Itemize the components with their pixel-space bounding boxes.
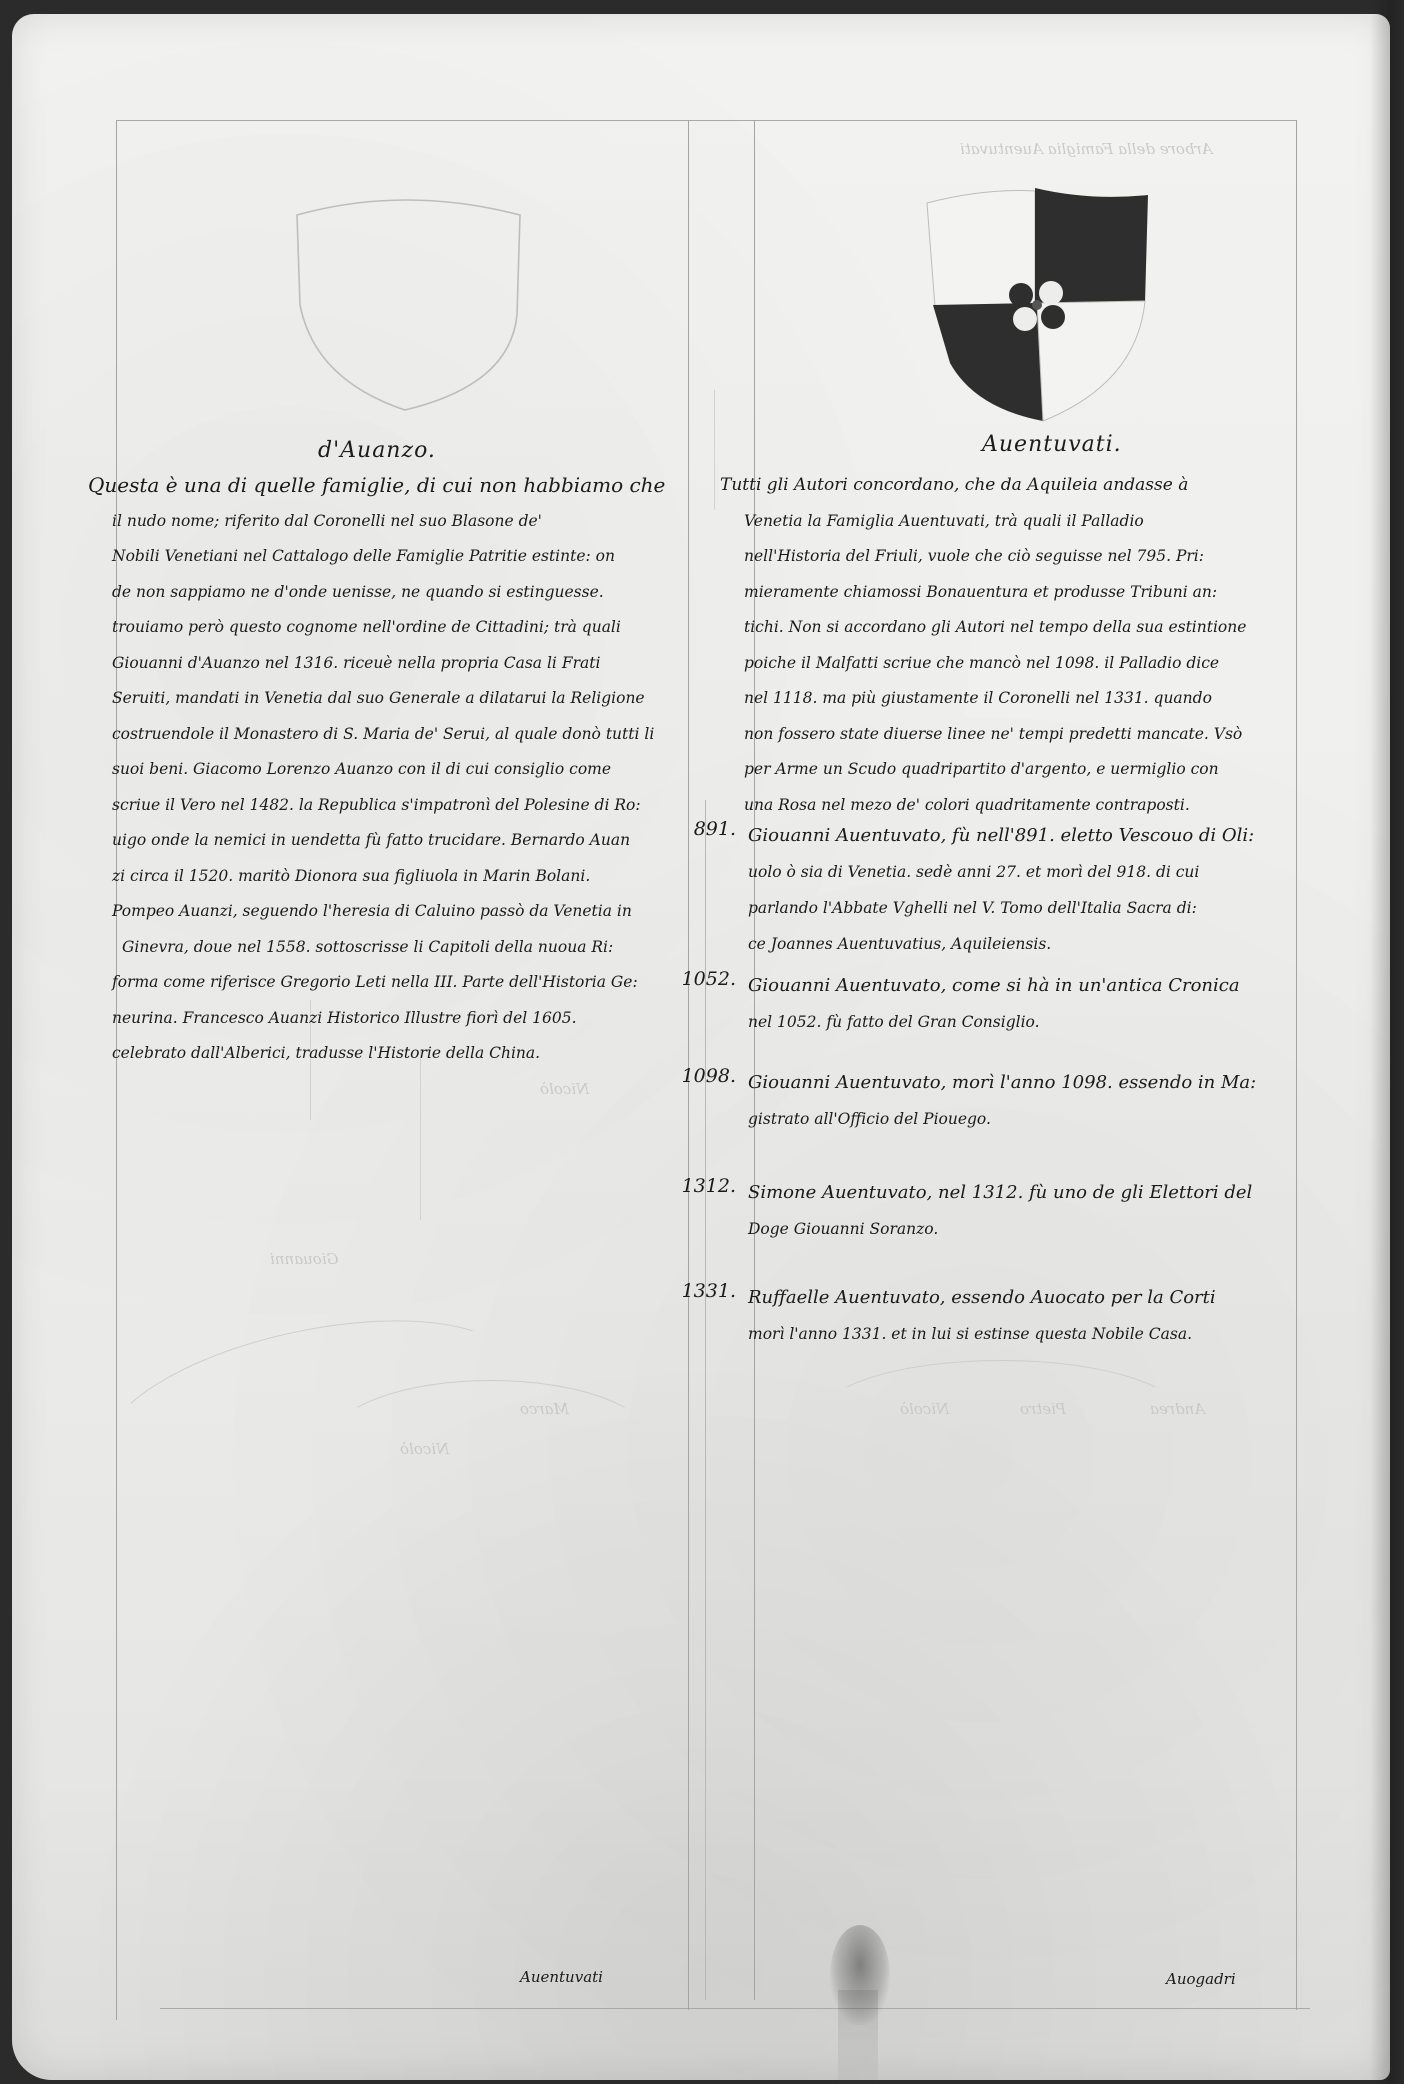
text-line: trouiamo però questo cognome nell'ordine… — [88, 610, 688, 646]
entry-text: Giouanni Auentuvato, come si hà in un'an… — [748, 968, 1240, 1040]
entry-text: Giouanni Auentuvato, morì l'anno 1098. e… — [748, 1065, 1256, 1137]
entry-text: Simone Auentuvato, nel 1312. fù uno de g… — [748, 1175, 1252, 1247]
text-line: neurina. Francesco Auanzi Historico Illu… — [88, 1001, 688, 1037]
text-line: Giouanni Auentuvato, morì l'anno 1098. e… — [748, 1065, 1256, 1101]
text-line: Ginevra, doue nel 1558. sottoscrisse li … — [88, 930, 688, 966]
text-line: Giouanni Auentuvato, come si hà in un'an… — [748, 968, 1240, 1004]
catchword-left: Auentuvati — [520, 1968, 603, 1986]
text-line: Seruiti, mandati in Venetia dal suo Gene… — [88, 681, 688, 717]
bleed-through-label: Nicolò — [540, 1080, 589, 1098]
shield-outline-icon — [285, 175, 535, 415]
text-line: uigo onde la nemici in uendetta fù fatto… — [88, 823, 688, 859]
text-line: ce Joannes Auentuvatius, Aquileiensis. — [748, 926, 1254, 962]
entry-year: 1331. — [676, 1280, 736, 1302]
bleed-through-tree-line — [714, 390, 715, 510]
entry-year: 1312. — [676, 1175, 736, 1197]
text-line: de non sappiamo ne d'onde uenisse, ne qu… — [88, 575, 688, 611]
text-line: morì l'anno 1331. et in lui si estinse q… — [748, 1316, 1216, 1352]
text-line: Pompeo Auanzi, seguendo l'heresia di Cal… — [88, 894, 688, 930]
coat-of-arms-shield-auentuvati — [915, 183, 1155, 427]
text-line: mieramente chiamossi Bonauentura et prod… — [720, 575, 1300, 611]
entry-text: Giouanni Auentuvato, fù nell'891. eletto… — [748, 818, 1254, 962]
frame-right-rule — [1296, 120, 1297, 2010]
text-line: suoi beni. Giacomo Lorenzo Auanzo con il… — [88, 752, 688, 788]
text-line: gistrato all'Officio del Piouego. — [748, 1101, 1256, 1137]
text-line: Tutti gli Autori concordano, che da Aqui… — [720, 468, 1300, 504]
bleed-through-label: Giouanni — [270, 1250, 339, 1268]
text-line: per Arme un Scudo quadripartito d'argent… — [720, 752, 1300, 788]
empty-coat-of-arms-shield — [285, 175, 535, 419]
entry-year: 1052. — [676, 968, 736, 990]
text-line: zi circa il 1520. maritò Dionora sua fig… — [88, 859, 688, 895]
entry-year: 1098. — [676, 1065, 736, 1087]
page-edge-shadow — [1370, 0, 1404, 2084]
text-line: forma come riferisce Gregorio Leti nella… — [88, 965, 688, 1001]
auanzo-history-paragraph: Questa è una di quelle famiglie, di cui … — [88, 468, 688, 1072]
bleed-through-tree-line — [820, 1360, 1182, 1472]
bleed-through-tree-line — [420, 1050, 421, 1220]
text-line: celebrato dall'Alberici, tradusse l'Hist… — [88, 1036, 688, 1072]
text-line: Questa è una di quelle famiglie, di cui … — [88, 468, 688, 504]
text-line: Venetia la Famiglia Auentuvati, trà qual… — [720, 504, 1300, 540]
family-title-auanzo: d'Auanzo. — [318, 438, 436, 463]
text-line: non fossero state diuerse linee ne' temp… — [720, 717, 1300, 753]
bleed-through-tree-line — [330, 1380, 652, 1502]
text-line: il nudo nome; riferito dal Coronelli nel… — [88, 504, 688, 540]
text-line: Giouanni Auentuvato, fù nell'891. eletto… — [748, 818, 1254, 854]
bleed-through-running-head: Arbore della Famiglia Auentuvati — [960, 140, 1212, 158]
text-line: nel 1052. fù fatto del Gran Consiglio. — [748, 1004, 1240, 1040]
text-line: Doge Giouanni Soranzo. — [748, 1211, 1252, 1247]
text-line: scriue il Vero nel 1482. la Republica s'… — [88, 788, 688, 824]
text-line: Nobili Venetiani nel Cattalogo delle Fam… — [88, 539, 688, 575]
text-line: Simone Auentuvato, nel 1312. fù uno de g… — [748, 1175, 1252, 1211]
text-line: Ruffaelle Auentuvato, essendo Auocato pe… — [748, 1280, 1216, 1316]
entry-text: Ruffaelle Auentuvato, essendo Auocato pe… — [748, 1280, 1216, 1352]
text-line: nel 1118. ma più giustamente il Coronell… — [720, 681, 1300, 717]
text-line: nell'Historia del Friuli, vuole che ciò … — [720, 539, 1300, 575]
text-line: uolo ò sia di Venetia. sedè anni 27. et … — [748, 854, 1254, 890]
frame-bottom-rule — [160, 2008, 1310, 2009]
ink-stain-trail — [838, 1990, 878, 2084]
catchword-right: Auogadri — [1166, 1970, 1236, 1988]
text-line: parlando l'Abbate Vghelli nel V. Tomo de… — [748, 890, 1254, 926]
text-line: poiche il Malfatti scriue che mancò nel … — [720, 646, 1300, 682]
frame-top-rule — [116, 120, 1296, 121]
entry-year: 891. — [676, 818, 736, 840]
family-title-auentuvati: Auentuvati. — [982, 432, 1122, 457]
text-line: costruendole il Monastero di S. Maria de… — [88, 717, 688, 753]
gutter-rule-right — [754, 120, 755, 2000]
auentuvati-history-paragraph: Tutti gli Autori concordano, che da Aqui… — [720, 468, 1300, 823]
quarterly-shield-with-rose-icon — [915, 183, 1155, 423]
text-line: tichi. Non si accordano gli Autori nel t… — [720, 610, 1300, 646]
text-line: Giouanni d'Auanzo nel 1316. riceuè nella… — [88, 646, 688, 682]
